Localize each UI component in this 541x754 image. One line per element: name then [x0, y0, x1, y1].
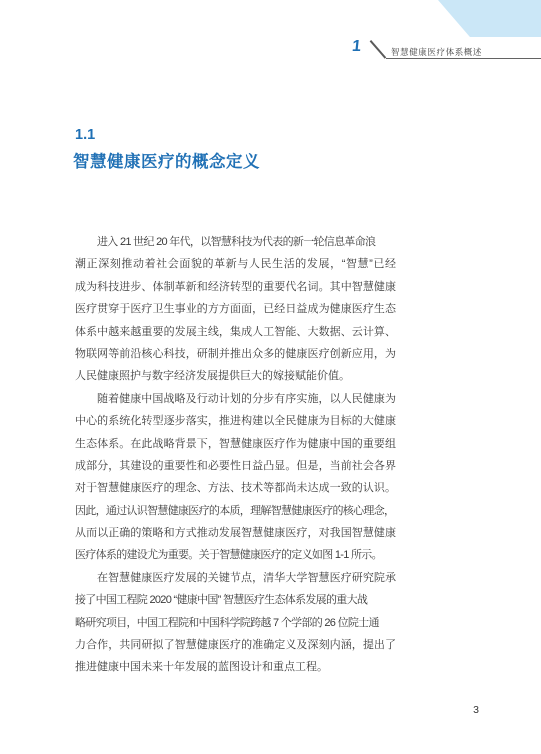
body-line: 进入 21 世纪 20 年代，以智慧科技为代表的新一轮信息革命浪	[75, 231, 396, 253]
body-line: 在智慧健康医疗发展的关键节点，清华大学智慧医疗研究院承	[75, 567, 396, 589]
body-line: 人民健康照护与数字经济发展提供巨大的嫁接赋能价值。	[75, 365, 396, 387]
running-header-chapter-title: 智慧健康医疗体系概述	[391, 46, 482, 58]
body-line: 体系中越来越重要的发展主线，集成人工智能、大数据、云计算、	[75, 321, 396, 343]
body-line: 接了中国工程院 2020 “健康中国” 智慧医疗生态体系发展的重大战	[75, 589, 396, 611]
corner-decoration	[438, 0, 541, 37]
body-text: 进入 21 世纪 20 年代，以智慧科技为代表的新一轮信息革命浪潮正深刻推动着社…	[75, 231, 396, 679]
body-line: 成为科技进步、体制革新和经济转型的重要代名词。其中智慧健康	[75, 276, 396, 298]
body-line: 医疗体系的建设尤为重要。关于智慧健康医疗的定义如图 1-1 所示。	[75, 544, 396, 566]
body-line: 推进健康中国未来十年发展的蓝图设计和重点工程。	[75, 656, 396, 678]
body-line: 对于智慧健康医疗的理念、方法、技术等都尚未达成一致的认识。	[75, 477, 396, 499]
body-line: 医疗贯穿于医疗卫生事业的方方面面，已经日益成为健康医疗生态	[75, 298, 396, 320]
body-line: 潮正深刻推动着社会面貌的革新与人民生活的发展，“智慧”已经	[75, 253, 396, 275]
body-line: 生态体系。在此战略背景下，智慧健康医疗作为健康中国的重要组	[75, 433, 396, 455]
body-line: 成部分，其建设的重要性和必要性日益凸显。但是，当前社会各界	[75, 455, 396, 477]
running-header-chapter-number: 1	[351, 38, 362, 56]
section-title: 智慧健康医疗的概念定义	[73, 148, 260, 172]
body-line: 从而以正确的策略和方式推动发展智慧健康医疗，对我国智慧健康	[75, 522, 396, 544]
header-diagonal-line	[370, 40, 386, 58]
body-line: 中心的系统化转型逐步落实，推进构建以全民健康为目标的大健康	[75, 410, 396, 432]
body-line: 力合作，共同研拟了智慧健康医疗的准确定义及深刻内涵，提出了	[75, 634, 396, 656]
body-line: 略研究项目，中国工程院和中国科学院跨越 7 个学部的 26 位院士通	[75, 612, 396, 634]
book-page: 1 智慧健康医疗体系概述 1.1 智慧健康医疗的概念定义 进入 21 世纪 20…	[0, 0, 541, 754]
body-line: 随着健康中国战略及行动计划的分步有序实施，以人民健康为	[75, 388, 396, 410]
section-number: 1.1	[75, 127, 95, 143]
page-number: 3	[466, 704, 486, 716]
body-line: 物联网等前沿核心科技，研制并推出众多的健康医疗创新应用，为	[75, 343, 396, 365]
header-rule	[386, 58, 541, 59]
body-line: 因此，通过认识智慧健康医疗的本质，理解智慧健康医疗的核心理念，	[75, 500, 396, 522]
